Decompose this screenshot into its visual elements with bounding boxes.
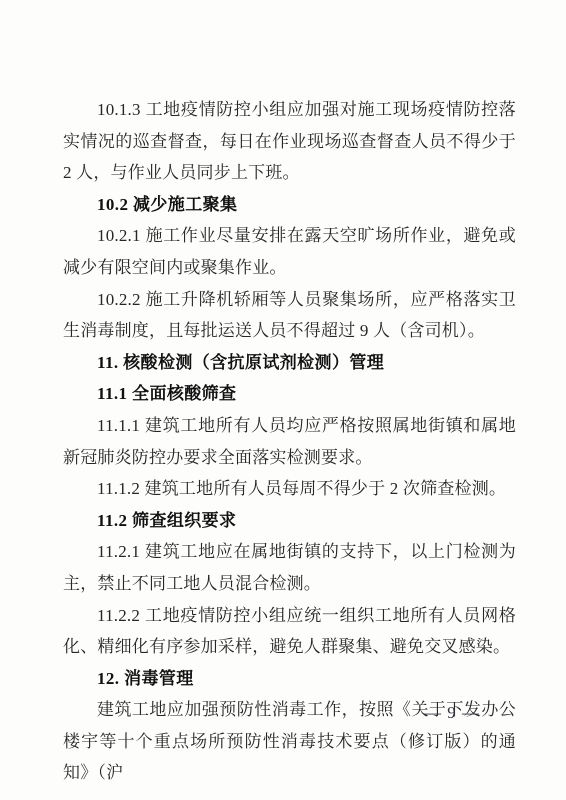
paragraph: 11.1.1 建筑工地所有人员均应严格按照属地街镇和属地新冠肺炎防控办要求全面落…: [63, 410, 516, 473]
page-number: — 9 —: [424, 701, 480, 725]
section-heading: 11.1 全面核酸筛查: [63, 378, 516, 410]
paragraph: 10.2.2 施工升降机轿厢等人员聚集场所，应严格落实卫生消毒制度，且每批运送人…: [63, 284, 516, 347]
paragraph: 10.2.1 施工作业尽量安排在露天空旷场所作业，避免或减少有限空间内或聚集作业…: [63, 220, 516, 283]
document-body: 10.1.3 工地疫情防控小组应加强对施工现场疫情防控落实情况的巡查督查，每日在…: [63, 94, 516, 789]
paragraph: 11.2.1 建筑工地应在属地街镇的支持下，以上门检测为主，禁止不同工地人员混合…: [63, 536, 516, 599]
paragraph: 11.2.2 工地疫情防控小组应统一组织工地所有人员网格化、精细化有序参加采样，…: [63, 600, 516, 663]
section-heading: 11.2 筛查组织要求: [63, 505, 516, 537]
paragraph: 10.1.3 工地疫情防控小组应加强对施工现场疫情防控落实情况的巡查督查，每日在…: [63, 94, 516, 189]
section-heading: 11. 核酸检测（含抗原试剂检测）管理: [63, 347, 516, 379]
section-heading: 10.2 减少施工聚集: [63, 189, 516, 221]
section-heading: 12. 消毒管理: [63, 663, 516, 695]
document-page: 10.1.3 工地疫情防控小组应加强对施工现场疫情防控落实情况的巡查督查，每日在…: [0, 0, 566, 800]
paragraph: 11.1.2 建筑工地所有人员每周不得少于 2 次筛查检测。: [63, 473, 516, 505]
